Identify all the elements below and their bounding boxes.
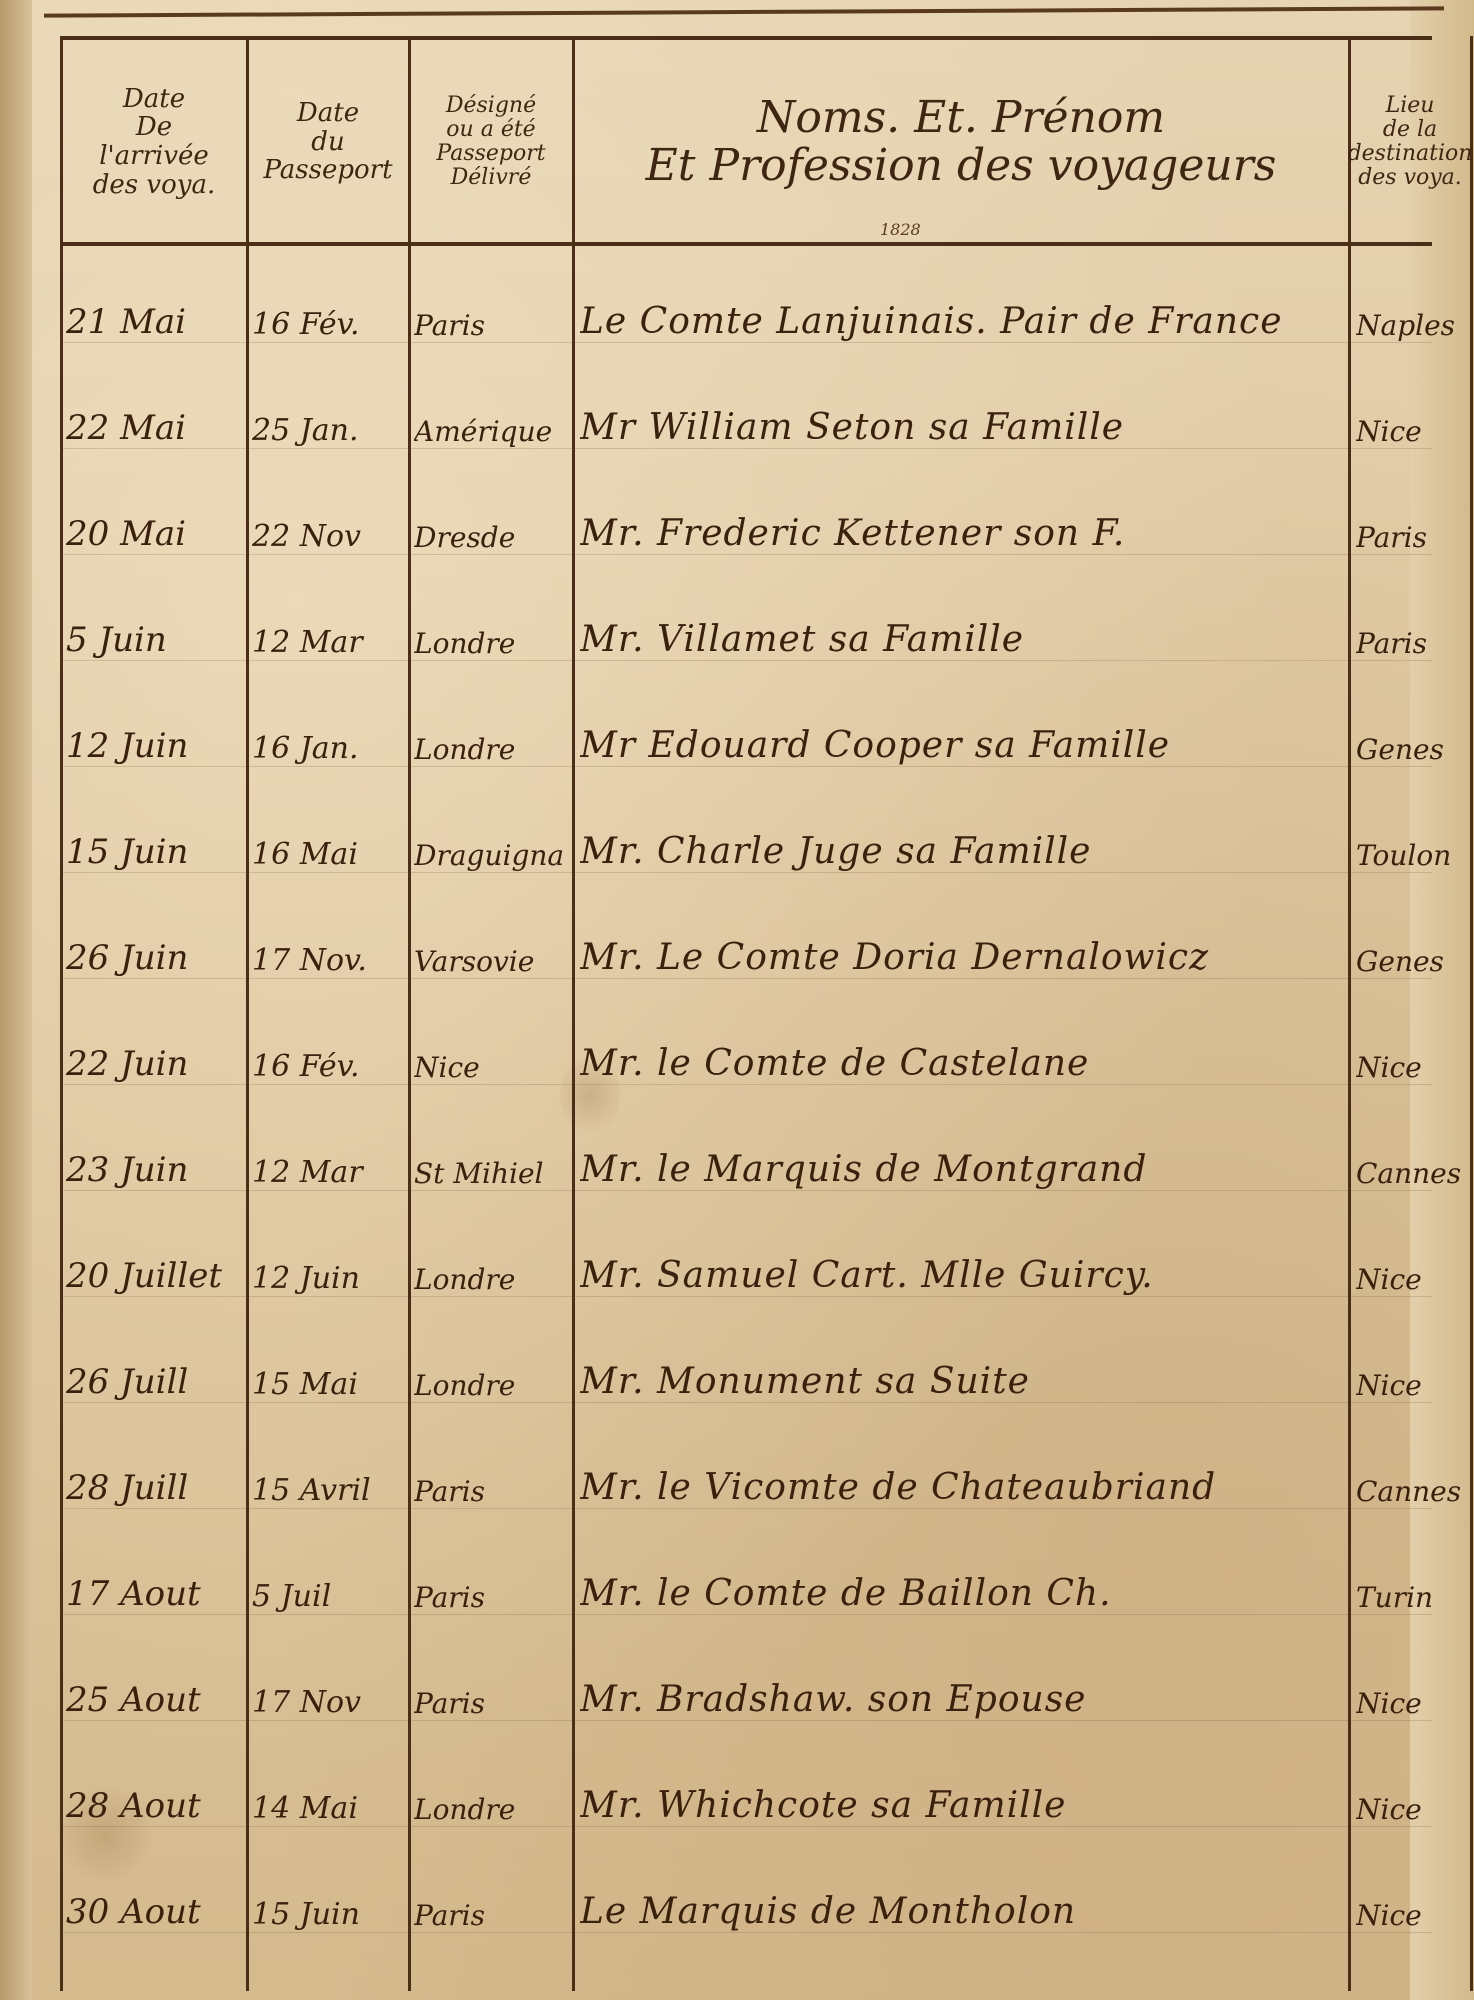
traveller-name-cell: Mr. le Comte de Castelane bbox=[580, 988, 1350, 1102]
register-row: 23 Juin 12 Mar St Mihiel Mr. le Marquis … bbox=[60, 1094, 1432, 1191]
header-destination: Lieu de la destination des voya. bbox=[1352, 42, 1468, 242]
register-table: Date De l'arrivée des voya. Date du Pass… bbox=[60, 36, 1432, 1991]
traveller-name-cell: Mr. le Vicomte de Chateaubriand bbox=[580, 1412, 1350, 1526]
passport-date-cell: 22 Nov bbox=[252, 458, 404, 572]
traveller-name-cell: Mr. le Marquis de Montgrand bbox=[580, 1094, 1350, 1208]
traveller-name-cell: Mr. Charle Juge sa Famille bbox=[580, 776, 1350, 890]
passport-issued-at-cell: Londre bbox=[414, 564, 566, 678]
traveller-name-cell: Mr William Seton sa Famille bbox=[580, 352, 1350, 466]
arrival-date-cell: 30 Aout bbox=[66, 1836, 242, 1950]
column-rule bbox=[1470, 36, 1473, 1991]
passport-issued-at-cell: Nice bbox=[414, 988, 566, 1102]
traveller-name-cell: Le Marquis de Montholon bbox=[580, 1836, 1350, 1950]
passport-date-cell: 17 Nov bbox=[252, 1624, 404, 1738]
passport-issued-at-cell: Draguignan bbox=[414, 776, 566, 890]
destination-cell: Cannes bbox=[1356, 1412, 1460, 1526]
passport-issued-at-cell: St Mihiel bbox=[414, 1094, 566, 1208]
header-top-rule bbox=[60, 36, 1432, 40]
register-row: 28 Juill 15 Avril Paris Mr. le Vicomte d… bbox=[60, 1412, 1432, 1509]
register-row: 30 Aout 15 Juin Paris Le Marquis de Mont… bbox=[60, 1836, 1432, 1933]
passport-date-cell: 16 Fév. bbox=[252, 988, 404, 1102]
passport-issued-at-cell: Paris bbox=[414, 1412, 566, 1526]
year-note: 1828 bbox=[880, 220, 921, 239]
passport-date-cell: 15 Juin bbox=[252, 1836, 404, 1950]
destination-cell: Nice bbox=[1356, 988, 1460, 1102]
destination-cell: Cannes bbox=[1356, 1094, 1460, 1208]
destination-cell: Genes bbox=[1356, 882, 1460, 996]
passport-date-cell: 12 Mar bbox=[252, 1094, 404, 1208]
arrival-date-cell: 15 Juin bbox=[66, 776, 242, 890]
ledger-page: Date De l'arrivée des voya. Date du Pass… bbox=[0, 0, 1474, 2000]
traveller-name-cell: Mr. Whichcote sa Famille bbox=[580, 1730, 1350, 1844]
register-row: 26 Juin 17 Nov. Varsovie Mr. Le Comte Do… bbox=[60, 882, 1432, 979]
destination-cell: Nice bbox=[1356, 1306, 1460, 1420]
passport-date-cell: 16 Mai bbox=[252, 776, 404, 890]
passport-issued-at-cell: Amérique bbox=[414, 352, 566, 466]
passport-date-cell: 15 Avril bbox=[252, 1412, 404, 1526]
arrival-date-cell: 21 Mai bbox=[66, 246, 242, 360]
traveller-name-cell: Mr Edouard Cooper sa Famille bbox=[580, 670, 1350, 784]
passport-issued-at-cell: Londre bbox=[414, 670, 566, 784]
traveller-name-cell: Mr. Monument sa Suite bbox=[580, 1306, 1350, 1420]
passport-date-cell: 14 Mai bbox=[252, 1730, 404, 1844]
register-row: 25 Aout 17 Nov Paris Mr. Bradshaw. son E… bbox=[60, 1624, 1432, 1721]
destination-cell: Paris bbox=[1356, 564, 1460, 678]
traveller-name-cell: Mr. Le Comte Doria Dernalowicz bbox=[580, 882, 1350, 996]
page-binding-edge bbox=[0, 0, 32, 2000]
register-row: 22 Mai 25 Jan. Amérique Mr William Seton… bbox=[60, 352, 1432, 449]
register-row: 12 Juin 16 Jan. Londre Mr Edouard Cooper… bbox=[60, 670, 1432, 767]
traveller-name-cell: Mr. Samuel Cart. Mlle Guircy. bbox=[580, 1200, 1350, 1314]
header-arrival-date: Date De l'arrivée des voya. bbox=[64, 42, 244, 242]
arrival-date-cell: 22 Mai bbox=[66, 352, 242, 466]
arrival-date-cell: 23 Juin bbox=[66, 1094, 242, 1208]
arrival-date-cell: 26 Juill bbox=[66, 1306, 242, 1420]
traveller-name-cell: Mr. Bradshaw. son Epouse bbox=[580, 1624, 1350, 1738]
destination-cell: Naples bbox=[1356, 246, 1460, 360]
traveller-name-cell: Le Comte Lanjuinais. Pair de France bbox=[580, 246, 1350, 360]
arrival-date-cell: 25 Aout bbox=[66, 1624, 242, 1738]
passport-date-cell: 16 Fév. bbox=[252, 246, 404, 360]
arrival-date-cell: 20 Juillet bbox=[66, 1200, 242, 1314]
arrival-date-cell: 22 Juin bbox=[66, 988, 242, 1102]
header-passport-issuer: Désigné ou a été Passeport Délivré bbox=[412, 42, 570, 242]
register-row: 22 Juin 16 Fév. Nice Mr. le Comte de Cas… bbox=[60, 988, 1432, 1085]
register-row: 15 Juin 16 Mai Draguignan Mr. Charle Jug… bbox=[60, 776, 1432, 873]
passport-date-cell: 15 Mai bbox=[252, 1306, 404, 1420]
passport-issued-at-cell: Varsovie bbox=[414, 882, 566, 996]
passport-issued-at-cell: Londre bbox=[414, 1200, 566, 1314]
passport-issued-at-cell: Paris bbox=[414, 1518, 566, 1632]
register-row: 20 Juillet 12 Juin Londre Mr. Samuel Car… bbox=[60, 1200, 1432, 1297]
passport-date-cell: 12 Mar bbox=[252, 564, 404, 678]
top-rule bbox=[44, 6, 1444, 17]
destination-cell: Nice bbox=[1356, 1730, 1460, 1844]
destination-cell: Nice bbox=[1356, 1836, 1460, 1950]
register-row: 26 Juill 15 Mai Londre Mr. Monument sa S… bbox=[60, 1306, 1432, 1403]
destination-cell: Paris bbox=[1356, 458, 1460, 572]
destination-cell: Nice bbox=[1356, 352, 1460, 466]
arrival-date-cell: 20 Mai bbox=[66, 458, 242, 572]
register-row: 28 Aout 14 Mai Londre Mr. Whichcote sa F… bbox=[60, 1730, 1432, 1827]
register-row: 20 Mai 22 Nov Dresde Mr. Frederic Ketten… bbox=[60, 458, 1432, 555]
passport-date-cell: 25 Jan. bbox=[252, 352, 404, 466]
table-header: Date De l'arrivée des voya. Date du Pass… bbox=[60, 42, 1432, 242]
arrival-date-cell: 17 Aout bbox=[66, 1518, 242, 1632]
arrival-date-cell: 26 Juin bbox=[66, 882, 242, 996]
destination-cell: Nice bbox=[1356, 1200, 1460, 1314]
passport-issued-at-cell: Londre bbox=[414, 1730, 566, 1844]
passport-issued-at-cell: Paris bbox=[414, 246, 566, 360]
header-names-profession: Noms. Et. Prénom Et Profession des voyag… bbox=[576, 42, 1346, 242]
traveller-name-cell: Mr. Villamet sa Famille bbox=[580, 564, 1350, 678]
destination-cell: Turin bbox=[1356, 1518, 1460, 1632]
passport-date-cell: 17 Nov. bbox=[252, 882, 404, 996]
header-passport-date: Date du Passeport bbox=[250, 42, 406, 242]
arrival-date-cell: 28 Aout bbox=[66, 1730, 242, 1844]
register-row: 5 Juin 12 Mar Londre Mr. Villamet sa Fam… bbox=[60, 564, 1432, 661]
destination-cell: Toulon bbox=[1356, 776, 1460, 890]
destination-cell: Nice bbox=[1356, 1624, 1460, 1738]
register-row: 21 Mai 16 Fév. Paris Le Comte Lanjuinais… bbox=[60, 246, 1432, 343]
passport-date-cell: 16 Jan. bbox=[252, 670, 404, 784]
arrival-date-cell: 28 Juill bbox=[66, 1412, 242, 1526]
arrival-date-cell: 5 Juin bbox=[66, 564, 242, 678]
passport-issued-at-cell: Londre bbox=[414, 1306, 566, 1420]
passport-date-cell: 12 Juin bbox=[252, 1200, 404, 1314]
destination-cell: Genes bbox=[1356, 670, 1460, 784]
traveller-name-cell: Mr. Frederic Kettener son F. bbox=[580, 458, 1350, 572]
register-row: 17 Aout 5 Juil Paris Mr. le Comte de Bai… bbox=[60, 1518, 1432, 1615]
passport-issued-at-cell: Paris bbox=[414, 1836, 566, 1950]
arrival-date-cell: 12 Juin bbox=[66, 670, 242, 784]
passport-date-cell: 5 Juil bbox=[252, 1518, 404, 1632]
passport-issued-at-cell: Paris bbox=[414, 1624, 566, 1738]
traveller-name-cell: Mr. le Comte de Baillon Ch. bbox=[580, 1518, 1350, 1632]
passport-issued-at-cell: Dresde bbox=[414, 458, 566, 572]
